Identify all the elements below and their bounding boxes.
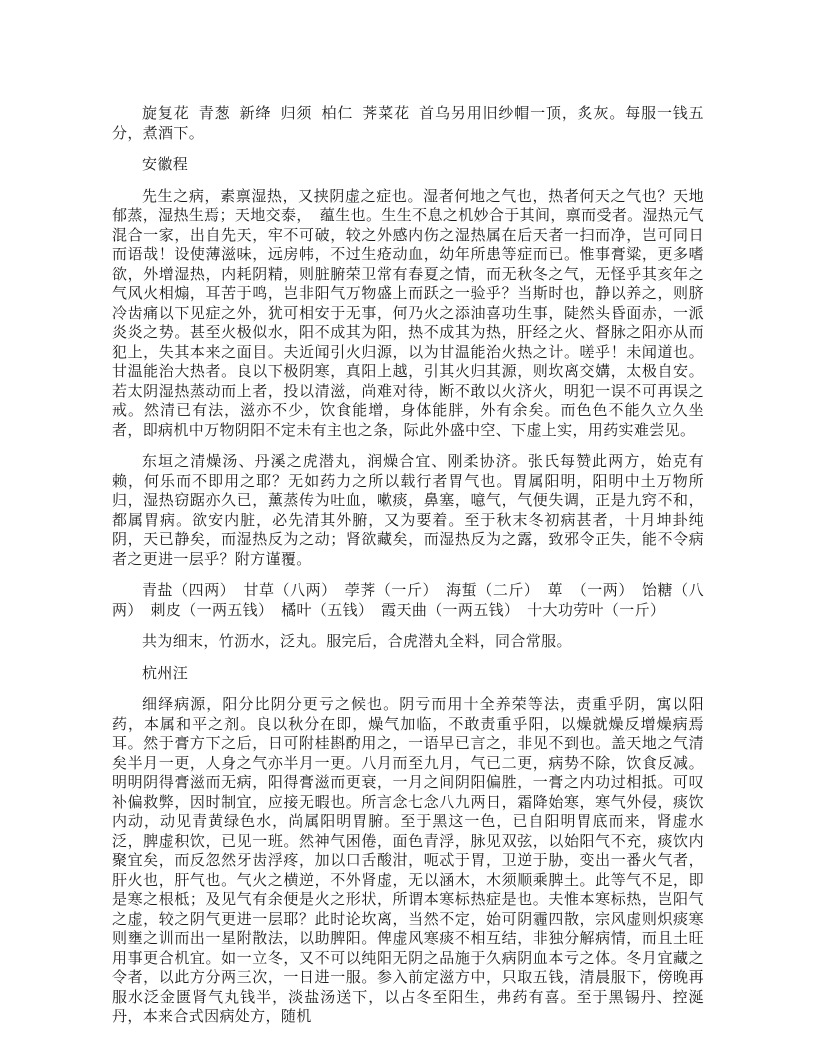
- paragraph-anhui-discussion-1: 先生之病，素禀湿热，又挟阴虚之症也。湿者何地之气也，热者何天之气也？天地郁蒸，湿…: [112, 188, 704, 442]
- paragraph-herb-list: 青盐（四两） 甘草（八两） 荸荠（一斤） 海蜇（二斤） 萆 （一两） 饴糖（八两…: [112, 582, 704, 621]
- document-page: 旋复花 青葱 新绛 归须 柏仁 荠菜花 首乌另用旧纱帽一顶，炙灰。每服一钱五分，…: [0, 0, 816, 1056]
- heading-hangzhou-wang: 杭州汪: [112, 665, 704, 685]
- paragraph-hangzhou-discussion: 细绎病源，阳分比阴分更亏之候也。阴亏而用十全养荣等法，责重乎阴，寓以阳药，本属和…: [112, 696, 704, 1028]
- paragraph-prescription-tail: 旋复花 青葱 新绛 归须 柏仁 荠菜花 首乌另用旧纱帽一顶，炙灰。每服一钱五分，…: [112, 105, 704, 144]
- paragraph-anhui-discussion-2: 东垣之清燥汤、丹溪之虎潜丸，润燥合宜、刚柔协济。张氏每赞此两方，始克有赖，何乐而…: [112, 453, 704, 570]
- heading-anhui-cheng: 安徽程: [112, 156, 704, 176]
- paragraph-preparation-instruction: 共为细末，竹沥水，泛丸。服完后，合虎潜丸全料，同合常服。: [112, 633, 704, 653]
